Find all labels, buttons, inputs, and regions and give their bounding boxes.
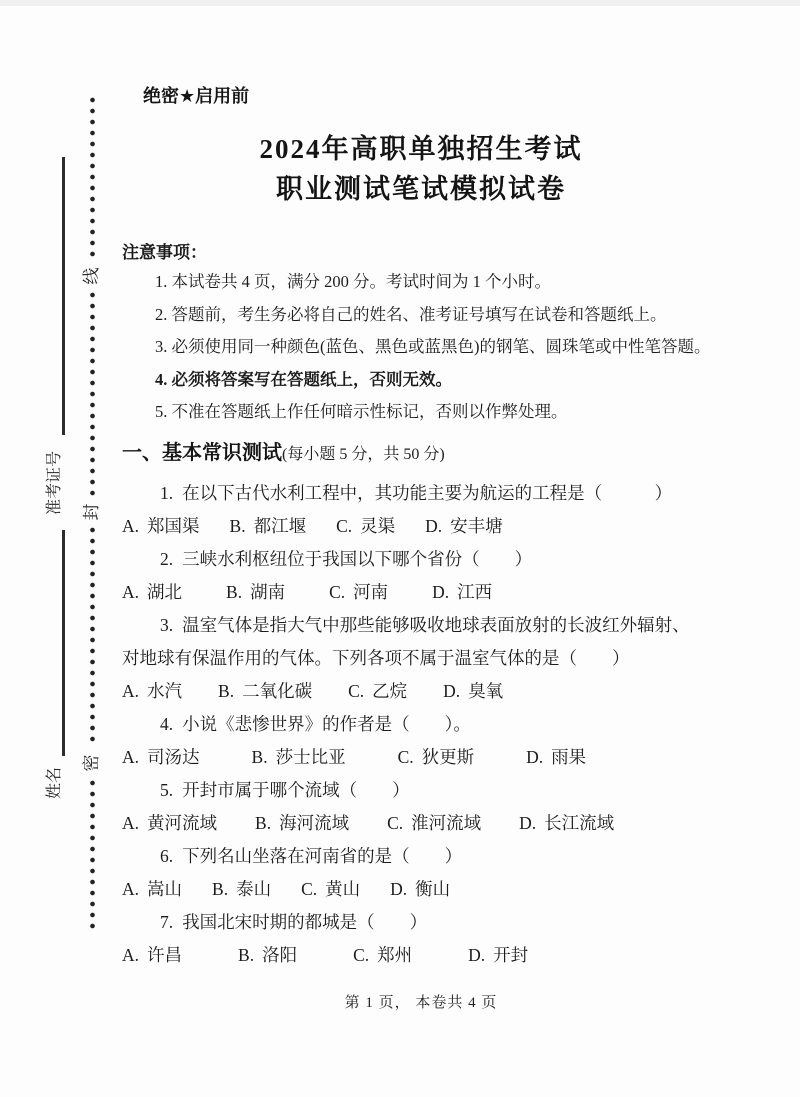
- section-heading: 一、基本常识测试(每小题 5 分，共 50 分): [122, 436, 445, 465]
- option-text: 水汽: [147, 675, 182, 708]
- option-c: C.郑州: [353, 939, 412, 972]
- option-text: 嵩山: [147, 873, 182, 906]
- option-a: A.黄河流域: [122, 807, 217, 840]
- option-text: 都江堰: [254, 510, 307, 543]
- question-number: 3.: [160, 615, 173, 635]
- question-2: 2.三峡水利枢纽位于我国以下哪个省份（ ） A.湖北 B.湖南 C.河南 D.江…: [122, 543, 752, 609]
- option-c: C.乙烷: [348, 675, 407, 708]
- option-key: B.: [238, 939, 254, 972]
- option-a: A.湖北: [122, 576, 182, 609]
- seal-dotted-segment: [90, 527, 95, 747]
- option-key: A.: [122, 873, 139, 906]
- option-text: 灵渠: [360, 510, 395, 543]
- question-list: 1.在以下古代水利工程中，其功能主要为航运的工程是（ ） A.郑国渠 B.都江堰…: [122, 477, 752, 972]
- option-b: B.湖南: [226, 576, 285, 609]
- question-4: 4.小说《悲惨世界》的作者是（ ）。 A.司汤达 B.莎士比亚 C.狄更斯 D.…: [122, 708, 752, 774]
- option-key: A.: [122, 939, 139, 972]
- option-key: D.: [519, 807, 536, 840]
- option-text: 泰山: [236, 873, 271, 906]
- option-text: 安丰塘: [450, 510, 503, 543]
- option-key: A.: [122, 675, 139, 708]
- question-text: 在以下古代水利工程中，其功能主要为航运的工程是（ ）: [182, 483, 672, 503]
- option-key: D.: [425, 510, 442, 543]
- option-key: B.: [226, 576, 242, 609]
- option-a: A.嵩山: [122, 873, 182, 906]
- paper-title: 2024年高职单独招生考试: [88, 129, 754, 169]
- option-b: B.海河流域: [255, 807, 349, 840]
- option-d: D.开封: [468, 939, 528, 972]
- option-text: 长江流域: [544, 807, 614, 840]
- option-d: D.江西: [432, 576, 492, 609]
- option-key: D.: [443, 675, 460, 708]
- option-key: D.: [390, 873, 407, 906]
- option-key: C.: [301, 873, 317, 906]
- question-text: 三峡水利枢纽位于我国以下哪个省份（ ）: [182, 549, 532, 569]
- option-text: 乙烷: [372, 675, 407, 708]
- option-a: A.司汤达: [122, 741, 200, 774]
- option-text: 江西: [457, 576, 492, 609]
- option-text: 河南: [353, 576, 388, 609]
- question-3: 3.温室气体是指大气中那些能够吸收地球表面放射的长波红外辐射、 对地球有保温作用…: [122, 609, 752, 708]
- option-text: 郑州: [377, 939, 412, 972]
- note-item: 5. 不准在答题纸上作任何暗示性标记，否则以作弊处理。: [155, 396, 755, 429]
- option-key: B.: [255, 807, 271, 840]
- question-number: 7.: [160, 912, 173, 932]
- option-text: 二氧化碳: [242, 675, 312, 708]
- option-d: D.安丰塘: [425, 510, 503, 543]
- note-item: 4. 必须将答案写在答题纸上，否则无效。: [155, 364, 755, 397]
- option-key: C.: [398, 741, 414, 774]
- option-d: D.臭氧: [443, 675, 503, 708]
- option-text: 雨果: [551, 741, 586, 774]
- option-key: A.: [122, 576, 139, 609]
- section-score-note: (每小题 5 分，共 50 分): [282, 446, 445, 463]
- question-text: 下列名山坐落在河南省的是（ ）: [182, 846, 462, 866]
- option-c: C.黄山: [301, 873, 360, 906]
- scan-edge-strip: [0, 0, 800, 6]
- option-key: B.: [230, 510, 246, 543]
- option-text: 湖南: [250, 576, 285, 609]
- note-item: 1. 本试卷共 4 页，满分 200 分。考试时间为 1 个小时。: [155, 266, 755, 299]
- option-key: D.: [468, 939, 485, 972]
- option-text: 衡山: [415, 873, 450, 906]
- options-row: A.郑国渠 B.都江堰 C.灵渠 D.安丰塘: [122, 510, 752, 543]
- options-row: A.水汽 B.二氧化碳 C.乙烷 D.臭氧: [122, 675, 752, 708]
- option-key: A.: [122, 807, 139, 840]
- option-key: B.: [212, 873, 228, 906]
- note-item: 2. 答题前，考生务必将自己的姓名、准考证号填写在试卷和答题纸上。: [155, 299, 755, 332]
- option-a: A.许昌: [122, 939, 182, 972]
- option-text: 开封: [493, 939, 528, 972]
- exam-paper-page: 准考证号 姓名 线 封 密 绝密★启用前 2024年高职单独招生考试 职业测试笔…: [0, 0, 800, 1097]
- name-label: 姓名: [44, 760, 66, 806]
- paper-title-block: 2024年高职单独招生考试 职业测试笔试模拟试卷: [88, 129, 754, 209]
- option-b: B.都江堰: [230, 510, 307, 543]
- question-text: 我国北宋时期的都城是（ ）: [182, 912, 427, 932]
- seal-dotted-segment: [90, 292, 95, 496]
- question-number: 6.: [160, 846, 173, 866]
- option-text: 淮河流域: [411, 807, 481, 840]
- question-number: 1.: [160, 483, 173, 503]
- option-key: C.: [329, 576, 345, 609]
- option-text: 狄更斯: [422, 741, 475, 774]
- option-d: D.长江流域: [519, 807, 614, 840]
- option-text: 郑国渠: [147, 510, 200, 543]
- option-text: 司汤达: [147, 741, 200, 774]
- option-key: A.: [122, 741, 139, 774]
- option-a: A.水汽: [122, 675, 182, 708]
- section-title: 一、基本常识测试: [122, 442, 282, 464]
- notes-list: 1. 本试卷共 4 页，满分 200 分。考试时间为 1 个小时。 2. 答题前…: [155, 266, 755, 429]
- option-key: D.: [526, 741, 543, 774]
- seal-rule-upper: [62, 157, 65, 435]
- option-c: C.河南: [329, 576, 388, 609]
- option-key: C.: [387, 807, 403, 840]
- option-text: 黄山: [325, 873, 360, 906]
- exam-number-label: 准考证号: [44, 438, 66, 528]
- seal-rule-lower: [62, 530, 65, 756]
- question-number: 4.: [160, 714, 173, 734]
- paper-subtitle: 职业测试笔试模拟试卷: [88, 169, 754, 209]
- page-footer: 第 1 页， 本卷共 4 页: [88, 991, 754, 1012]
- options-row: A.许昌 B.洛阳 C.郑州 D.开封: [122, 939, 752, 972]
- question-text: 开封市属于哪个流域（ ）: [182, 780, 410, 800]
- option-text: 黄河流域: [147, 807, 217, 840]
- option-b: B.莎士比亚: [252, 741, 346, 774]
- option-key: D.: [432, 576, 449, 609]
- option-b: B.泰山: [212, 873, 271, 906]
- option-key: C.: [336, 510, 352, 543]
- option-c: C.灵渠: [336, 510, 395, 543]
- option-d: D.衡山: [390, 873, 450, 906]
- option-c: C.淮河流域: [387, 807, 481, 840]
- question-number: 2.: [160, 549, 173, 569]
- question-5: 5.开封市属于哪个流域（ ） A.黄河流域 B.海河流域 C.淮河流域 D.长江…: [122, 774, 752, 840]
- option-b: B.二氧化碳: [218, 675, 312, 708]
- question-6: 6.下列名山坐落在河南省的是（ ） A.嵩山 B.泰山 C.黄山 D.衡山: [122, 840, 752, 906]
- seal-char-xian: 线: [81, 265, 103, 287]
- option-text: 海河流域: [279, 807, 349, 840]
- option-key: A.: [122, 510, 139, 543]
- option-text: 臭氧: [468, 675, 503, 708]
- notes-heading: 注意事项：: [122, 238, 207, 263]
- option-key: C.: [353, 939, 369, 972]
- option-text: 莎士比亚: [276, 741, 346, 774]
- option-d: D.雨果: [526, 741, 586, 774]
- option-key: B.: [218, 675, 234, 708]
- option-text: 洛阳: [262, 939, 297, 972]
- question-text: 温室气体是指大气中那些能够吸收地球表面放射的长波红外辐射、: [182, 615, 690, 635]
- seal-dotted-segment: [90, 780, 95, 930]
- seal-char-feng: 封: [81, 501, 103, 523]
- question-text: 小说《悲惨世界》的作者是（ ）。: [182, 714, 471, 734]
- options-row: A.湖北 B.湖南 C.河南 D.江西: [122, 576, 752, 609]
- option-text: 湖北: [147, 576, 182, 609]
- question-number: 5.: [160, 780, 173, 800]
- question-text-continued: 对地球有保温作用的气体。下列各项不属于温室气体的是（ ）: [122, 642, 752, 675]
- option-b: B.洛阳: [238, 939, 297, 972]
- classification-label: 绝密★启用前: [143, 82, 249, 108]
- question-7: 7.我国北宋时期的都城是（ ） A.许昌 B.洛阳 C.郑州 D.开封: [122, 906, 752, 972]
- note-item: 3. 必须使用同一种颜色(蓝色、黑色或蓝黑色)的钢笔、圆珠笔或中性笔答题。: [155, 331, 755, 364]
- option-c: C.狄更斯: [398, 741, 475, 774]
- seal-char-mi: 密: [81, 752, 103, 774]
- option-text: 许昌: [147, 939, 182, 972]
- options-row: A.嵩山 B.泰山 C.黄山 D.衡山: [122, 873, 752, 906]
- options-row: A.黄河流域 B.海河流域 C.淮河流域 D.长江流域: [122, 807, 752, 840]
- option-key: C.: [348, 675, 364, 708]
- question-1: 1.在以下古代水利工程中，其功能主要为航运的工程是（ ） A.郑国渠 B.都江堰…: [122, 477, 752, 543]
- option-key: B.: [252, 741, 268, 774]
- option-a: A.郑国渠: [122, 510, 200, 543]
- options-row: A.司汤达 B.莎士比亚 C.狄更斯 D.雨果: [122, 741, 752, 774]
